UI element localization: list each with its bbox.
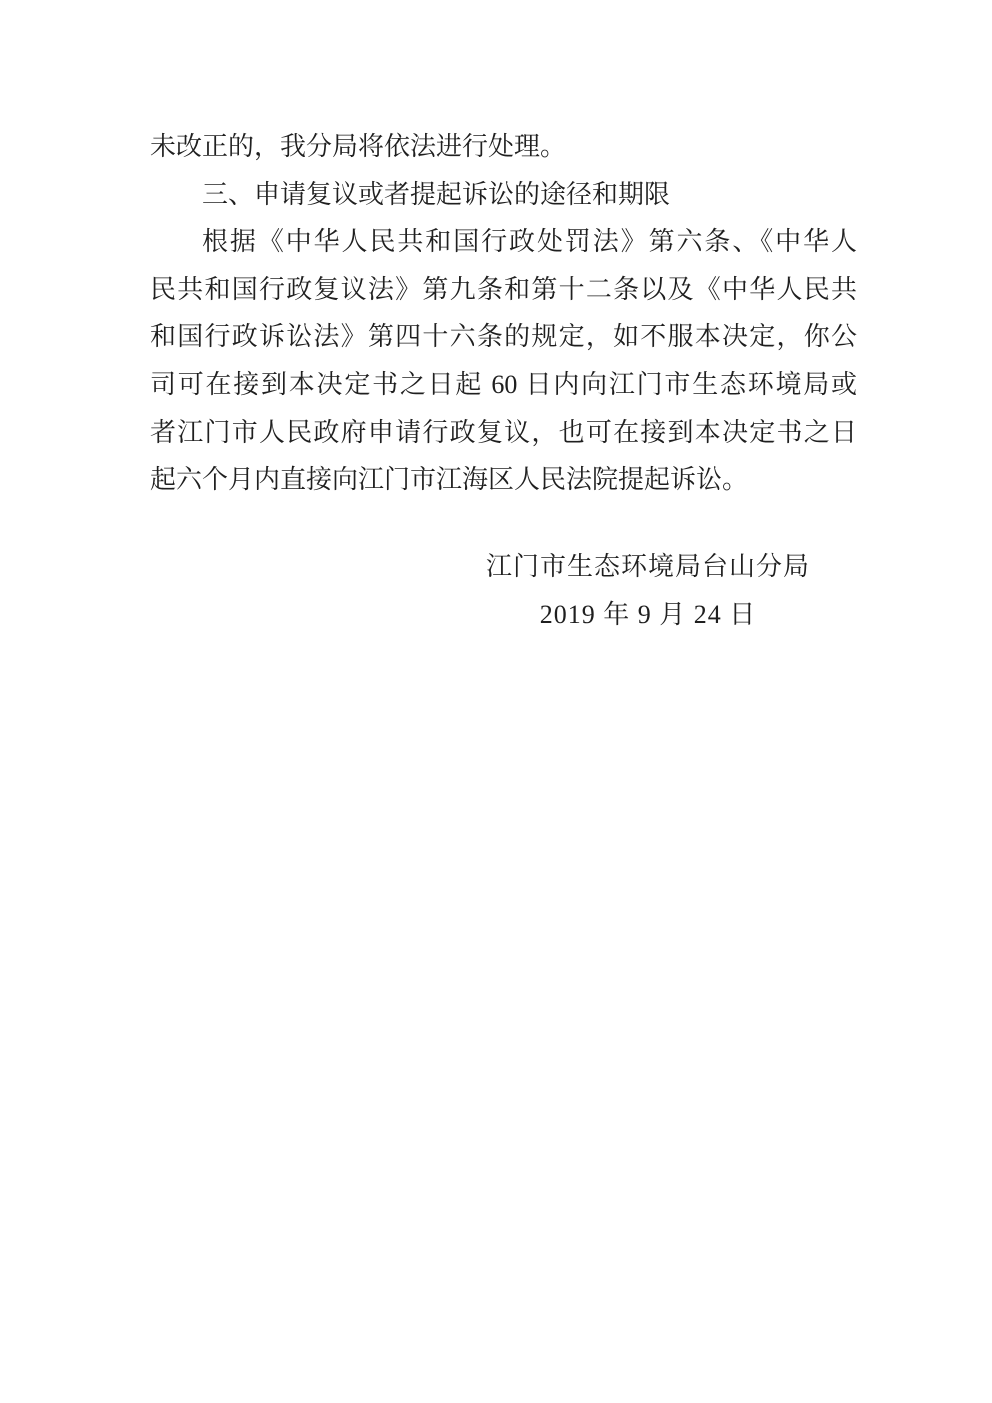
body-line: 司可在接到本决定书之日起 60 日内向江门市生态环境局或 [150,361,857,409]
section-heading: 三、申请复议或者提起诉讼的途径和期限 [150,171,857,219]
paragraph-closing-line: 未改正的，我分局将依法进行处理。 [150,123,857,171]
document-page: 未改正的，我分局将依法进行处理。 三、申请复议或者提起诉讼的途径和期限 根据《中… [0,0,992,1403]
signature-org: 江门市生态环境局台山分局 [486,543,810,591]
body-line: 起六个月内直接向江门市江海区人民法院提起诉讼。 [150,456,857,504]
body-line: 根据《中华人民共和国行政处罚法》第六条、《中华人 [150,218,857,266]
body-line: 民共和国行政复议法》第九条和第十二条以及《中华人民共 [150,266,857,314]
body-line: 者江门市人民政府申请行政复议，也可在接到本决定书之日 [150,409,857,457]
body-line: 和国行政诉讼法》第四十六条的规定，如不服本决定，你公 [150,313,857,361]
signature-block: 江门市生态环境局台山分局 2019 年 9 月 24 日 [478,543,818,638]
signature-date: 2019 年 9 月 24 日 [540,591,757,639]
document-body: 未改正的，我分局将依法进行处理。 三、申请复议或者提起诉讼的途径和期限 根据《中… [150,123,857,504]
